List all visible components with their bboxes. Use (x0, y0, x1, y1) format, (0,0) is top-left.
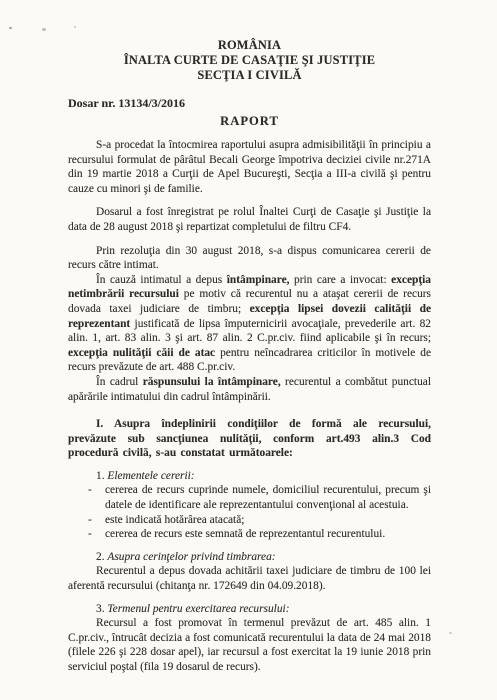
paragraph: Recursul a fost promovat în termenul pre… (68, 616, 431, 674)
text-run: În cadrul (96, 376, 143, 388)
paragraph: 3. Termenul pentru exercitarea recursulu… (68, 602, 431, 617)
paragraph: 2. Asupra cerinţelor privind timbrarea: (68, 550, 431, 565)
scan-artifact (42, 28, 46, 31)
court-section: SECŢIA I CIVILĂ (68, 68, 431, 83)
text-run: răspunsului la întâmpinare, (143, 376, 281, 388)
list-dash: - (88, 483, 105, 512)
text-run: I. Asupra îndeplinirii condiţiilor de fo… (68, 418, 431, 459)
list-item: -este indicată hotărârea atacată; (68, 513, 431, 528)
text-run: Recurentul a depus dovada achitării taxe… (68, 565, 431, 592)
text-run: Elementele cererii: (107, 470, 194, 482)
paragraph: Prin rezoluţia din 30 august 2018, s-a d… (68, 244, 431, 273)
list-item-text: cererea de recurs cuprinde numele, domic… (105, 483, 431, 512)
text-run: S-a procedat la întocmirea raportului as… (68, 139, 431, 195)
court-country: ROMÂNIA (68, 38, 431, 53)
text-run: cererea de recurs cuprinde numele, domic… (105, 484, 431, 511)
paragraph: I. Asupra îndeplinirii condiţiilor de fo… (68, 417, 431, 461)
case-number: Dosar nr. 13134/3/2016 (68, 96, 431, 111)
paragraph: În cauză intimatul a depus întâmpinare, … (68, 273, 431, 375)
paragraph: Recurentul a depus dovada achitării taxe… (68, 564, 431, 593)
paragraph: S-a procedat la întocmirea raportului as… (68, 138, 431, 196)
list-item: -cererea de recurs cuprinde numele, domi… (68, 483, 431, 512)
text-run: 2. (96, 551, 107, 563)
paragraph: 1. Elementele cererii: (68, 469, 431, 484)
text-run: Recursul a fost promovat în termenul pre… (68, 617, 431, 673)
scan-artifact (9, 27, 13, 30)
text-run: Termenul pentru exercitarea recursului: (107, 603, 289, 615)
text-run: 3. (96, 603, 107, 615)
paragraph: Dosarul a fost înregistrat pe rolul Înal… (68, 205, 431, 234)
text-run: Prin rezoluţia din 30 august 2018, s-a d… (68, 245, 431, 272)
scan-artifact (74, 26, 76, 28)
text-run: este indicată hotărârea atacată; (105, 514, 244, 526)
text-run: În cauză intimatul a depus (96, 274, 227, 286)
text-run: întâmpinare, (227, 274, 290, 286)
text-run: Asupra cerinţelor privind timbrarea: (107, 551, 275, 563)
list-dash: - (88, 527, 105, 542)
text-run: prin care a invocat: (290, 274, 392, 286)
list-item-text: este indicată hotărârea atacată; (105, 513, 431, 528)
list-item-text: cererea de recurs este semnată de reprez… (105, 527, 431, 542)
scan-artifact (449, 632, 452, 634)
document-body: S-a procedat la întocmirea raportului as… (68, 138, 431, 675)
text-run: excepţia nulităţii căii de atac (68, 347, 215, 359)
list-dash: - (88, 513, 105, 528)
list-item: -cererea de recurs este semnată de repre… (68, 527, 431, 542)
document-page: ROMÂNIA ÎNALTA CURTE DE CASAŢIE ŞI JUSTI… (0, 0, 497, 700)
court-name: ÎNALTA CURTE DE CASAŢIE ŞI JUSTIŢIE (68, 53, 431, 68)
paragraph: În cadrul răspunsului la întâmpinare, re… (68, 375, 431, 404)
text-run: Dosarul a fost înregistrat pe rolul Înal… (68, 206, 431, 233)
document-content: ROMÂNIA ÎNALTA CURTE DE CASAŢIE ŞI JUSTI… (68, 38, 431, 675)
text-run: 1. (96, 470, 107, 482)
text-run: cererea de recurs este semnată de reprez… (105, 528, 385, 540)
report-title: RAPORT (68, 114, 431, 129)
